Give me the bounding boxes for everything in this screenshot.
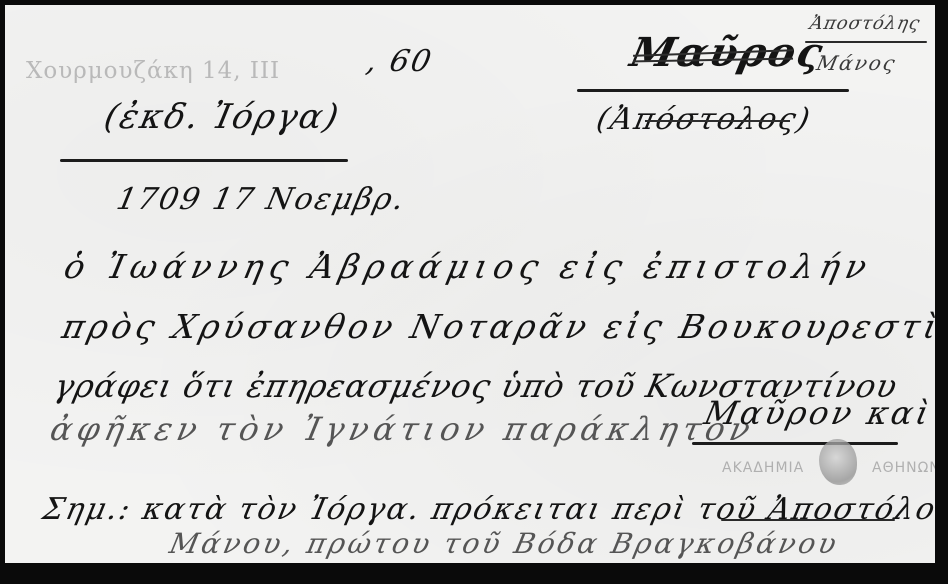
headword-correction-bottom: Μάνος <box>815 53 899 73</box>
subtitle-strike <box>645 120 790 122</box>
body-line-5-headword: Μαῦρον καὶ <box>702 397 935 429</box>
watermark-right-text: ΑΘΗΝΩΝ <box>872 460 935 476</box>
entry-date: 1709 17 Νοεμβρ. <box>114 185 408 215</box>
body-headword-underline <box>692 442 898 445</box>
reference-number: , 60 <box>364 47 436 77</box>
body-line-2: πρὸς Χρύσανθον Νοταρᾶν εἰς Βουκουρεστὶν <box>59 310 935 343</box>
index-card: Χουρμουζάκη 14, ΙΙΙ , 60 (ἐκδ. Ἰόργα) Μα… <box>5 5 935 563</box>
body-line-4: ἀφῆκεν τὸν Ἰγνάτιον παράκλητον <box>48 413 758 445</box>
headword-correction-top: Ἀποστόλης <box>808 15 922 33</box>
correction-fraction-line <box>805 41 927 43</box>
body-line-1: ὁ Ἰωάννης Ἀβραάμιος εἰς ἐπιστολήν <box>61 250 875 283</box>
watermark-left-text: ΑΚΑΔΗΜΙΑ <box>722 460 804 476</box>
archive-stamp: Χουρμουζάκη 14, ΙΙΙ <box>26 58 280 84</box>
headword-underline <box>577 89 849 92</box>
footnote-name-underline <box>721 519 895 521</box>
source-underline <box>60 159 348 162</box>
source-note: (ἐκδ. Ἰόργα) <box>101 100 343 134</box>
athena-emblem-icon <box>819 439 857 485</box>
footnote-line-2: Μάνου, πρώτου τοῦ Βόδα Βραγκοβάνου <box>167 530 841 558</box>
